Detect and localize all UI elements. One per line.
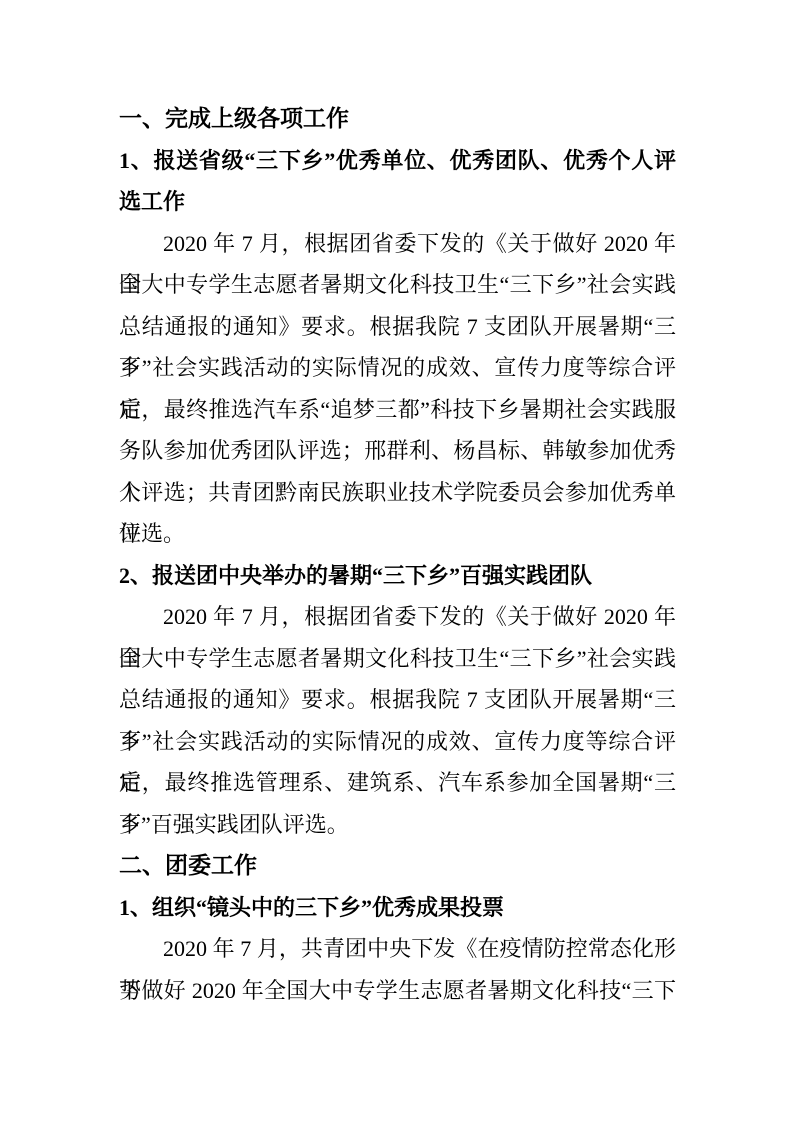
paragraph-line: 后，最终推选汽车系“追梦三都”科技下乡暑期社会实践服 xyxy=(119,389,676,431)
paragraph-line: 2020 年 7 月，根据团省委下发的《关于做好 2020 年全 xyxy=(119,596,676,638)
paragraph-line: 务队参加优秀团队评选；邢群利、杨昌标、韩敏参加优秀个 xyxy=(119,430,676,472)
document-page: 一、完成上级各项工作 1、报送省级“三下乡”优秀单位、优秀团队、优秀个人评 选工… xyxy=(0,0,793,1122)
subsection-heading: 1、报送省级“三下乡”优秀单位、优秀团队、优秀个人评 xyxy=(119,140,676,182)
subsection-heading: 选工作 xyxy=(119,181,676,223)
paragraph-line: 人评选；共青团黔南民族职业技术学院委员会参加优秀单位 xyxy=(119,472,676,514)
paragraph-line: 乡”社会实践活动的实际情况的成效、宣传力度等综合评定 xyxy=(119,347,676,389)
paragraph-line: 国大中专学生志愿者暑期文化科技卫生“三下乡”社会实践 xyxy=(119,638,676,680)
paragraph-line: 下做好 2020 年全国大中专学生志愿者暑期文化科技“三下 xyxy=(119,970,676,1012)
document-content: 一、完成上级各项工作 1、报送省级“三下乡”优秀单位、优秀团队、优秀个人评 选工… xyxy=(119,98,676,1011)
paragraph-line: 2020 年 7 月，共青团中央下发《在疫情防控常态化形势 xyxy=(119,928,676,970)
paragraph-line: 乡”百强实践团队评选。 xyxy=(119,804,676,846)
section-heading: 一、完成上级各项工作 xyxy=(119,98,676,140)
section-heading: 二、团委工作 xyxy=(119,845,676,887)
paragraph-line: 国大中专学生志愿者暑期文化科技卫生“三下乡”社会实践 xyxy=(119,264,676,306)
paragraph-line: 乡”社会实践活动的实际情况的成效、宣传力度等综合评定 xyxy=(119,721,676,763)
paragraph-line: 评选。 xyxy=(119,513,676,555)
paragraph-line: 后，最终推选管理系、建筑系、汽车系参加全国暑期“三下 xyxy=(119,762,676,804)
subsection-heading: 2、报送团中央举办的暑期“三下乡”百强实践团队 xyxy=(119,555,676,597)
paragraph-line: 总结通报的通知》要求。根据我院 7 支团队开展暑期“三下 xyxy=(119,679,676,721)
subsection-heading: 1、组织“镜头中的三下乡”优秀成果投票 xyxy=(119,887,676,929)
paragraph-line: 总结通报的通知》要求。根据我院 7 支团队开展暑期“三下 xyxy=(119,306,676,348)
paragraph-line: 2020 年 7 月，根据团省委下发的《关于做好 2020 年全 xyxy=(119,223,676,265)
